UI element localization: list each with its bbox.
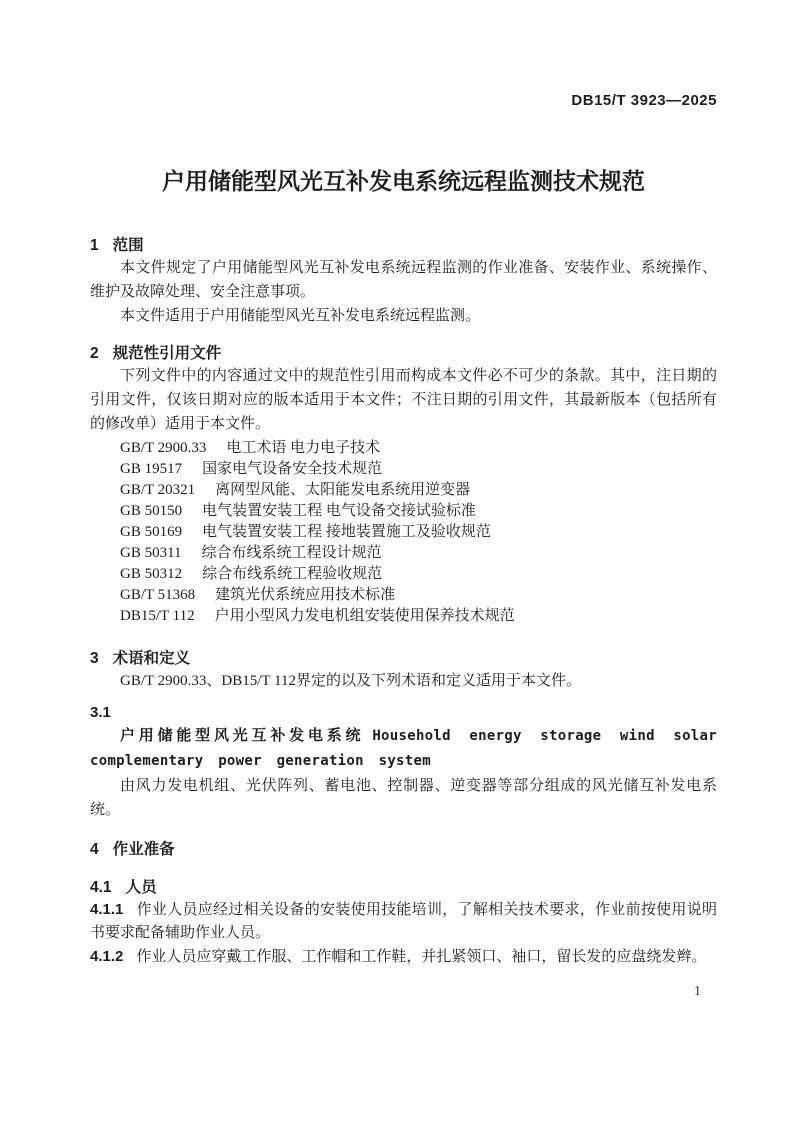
- reference-item: DB15/T 112户用小型风力发电机组安装使用保养技术规范: [90, 606, 717, 627]
- reference-item: GB 19517国家电气设备安全技术规范: [90, 459, 717, 480]
- section-number: 4: [90, 841, 99, 858]
- reference-code: GB 50150: [120, 503, 182, 519]
- reference-title: 综合布线系统工程设计规范: [202, 545, 382, 561]
- reference-title: 综合布线系统工程验收规范: [202, 566, 382, 582]
- page-number: 1: [90, 983, 717, 1001]
- term-definition: 由风力发电机组、光伏阵列、蓄电池、控制器、逆变器等部分组成的风光储互补发电系统。: [90, 774, 717, 822]
- reference-code: GB 50312: [120, 566, 182, 582]
- section-references-heading: 2规范性引用文件: [90, 344, 717, 364]
- terms-intro: GB/T 2900.33、DB15/T 112界定的以及下列术语和定义适用于本文…: [90, 669, 717, 693]
- reference-title: 电气装置安装工程 电气设备交接试验标准: [202, 503, 476, 519]
- reference-code: GB 50169: [120, 524, 182, 540]
- reference-item: GB 50312综合布线系统工程验收规范: [90, 564, 717, 585]
- subsection-number: 4.1: [90, 879, 112, 896]
- section-title: 范围: [113, 237, 144, 254]
- section-terms-heading: 3术语和定义: [90, 649, 717, 669]
- reference-code: GB/T 51368: [120, 587, 195, 603]
- reference-list: GB/T 2900.33电工术语 电力电子技术 GB 19517国家电气设备安全…: [90, 438, 717, 627]
- reference-item: GB 50150电气装置安装工程 电气设备交接试验标准: [90, 501, 717, 522]
- section-scope-heading: 1范围: [90, 236, 717, 256]
- reference-item: GB/T 20321离网型风能、太阳能发电系统用逆变器: [90, 480, 717, 501]
- reference-title: 电气装置安装工程 接地装置施工及验收规范: [202, 524, 491, 540]
- clause-4-1-1: 4.1.1作业人员应经过相关设备的安装使用技能培训，了解相关技术要求，作业前按使…: [90, 898, 717, 945]
- reference-item: GB 50311综合布线系统工程设计规范: [90, 543, 717, 564]
- section-preparation-heading: 4作业准备: [90, 840, 717, 860]
- section-number: 1: [90, 237, 99, 254]
- page-title: 户用储能型风光互补发电系统远程监测技术规范: [90, 166, 717, 196]
- reference-code: GB 19517: [120, 461, 182, 477]
- reference-code: GB/T 20321: [120, 482, 195, 498]
- clause-4-1-2: 4.1.2作业人员应穿戴工作服、工作帽和工作鞋，并扎紧领口、袖口，留长发的应盘绕…: [90, 945, 717, 969]
- reference-title: 国家电气设备安全技术规范: [202, 461, 382, 477]
- reference-item: GB/T 2900.33电工术语 电力电子技术: [90, 438, 717, 459]
- section-title: 规范性引用文件: [113, 345, 222, 362]
- reference-code: GB/T 2900.33: [120, 440, 206, 456]
- clause-text: 作业人员应经过相关设备的安装使用技能培训，了解相关技术要求，作业前按使用说明书要…: [90, 902, 717, 941]
- reference-item: GB 50169电气装置安装工程 接地装置施工及验收规范: [90, 522, 717, 543]
- clause-number: 4.1.2: [90, 948, 123, 965]
- references-intro: 下列文件中的内容通过文中的规范性引用而构成本文件必不可少的条款。其中，注日期的引…: [90, 364, 717, 436]
- document-page: DB15/T 3923—2025 户用储能型风光互补发电系统远程监测技术规范 1…: [0, 0, 794, 1123]
- reference-item: GB/T 51368建筑光伏系统应用技术标准: [90, 585, 717, 606]
- term-entry: 户用储能型风光互补发电系统Household energy storage wi…: [90, 723, 717, 774]
- doc-number: DB15/T 3923—2025: [90, 92, 717, 110]
- section-title: 术语和定义: [113, 650, 191, 667]
- scope-paragraph-2: 本文件适用于户用储能型风光互补发电系统远程监测。: [90, 304, 717, 328]
- section-number: 3: [90, 650, 99, 667]
- term-clause-number: 3.1: [90, 703, 717, 723]
- reference-title: 离网型风能、太阳能发电系统用逆变器: [215, 482, 470, 498]
- reference-code: DB15/T 112: [120, 608, 195, 624]
- subsection-title: 人员: [126, 879, 157, 896]
- reference-title: 建筑光伏系统应用技术标准: [215, 587, 395, 603]
- subsection-personnel-heading: 4.1人员: [90, 878, 717, 898]
- section-number: 2: [90, 345, 99, 362]
- scope-paragraph-1: 本文件规定了户用储能型风光互补发电系统远程监测的作业准备、安装作业、系统操作、维…: [90, 256, 717, 304]
- term-name-zh: 户用储能型风光互补发电系统: [120, 727, 364, 744]
- reference-title: 户用小型风力发电机组安装使用保养技术规范: [215, 608, 515, 624]
- clause-text: 作业人员应穿戴工作服、工作帽和工作鞋，并扎紧领口、袖口，留长发的应盘绕发辫。: [136, 949, 706, 965]
- reference-code: GB 50311: [120, 545, 182, 561]
- reference-title: 电工术语 电力电子技术: [226, 440, 380, 456]
- section-title: 作业准备: [113, 841, 175, 858]
- clause-number: 4.1.1: [90, 901, 123, 918]
